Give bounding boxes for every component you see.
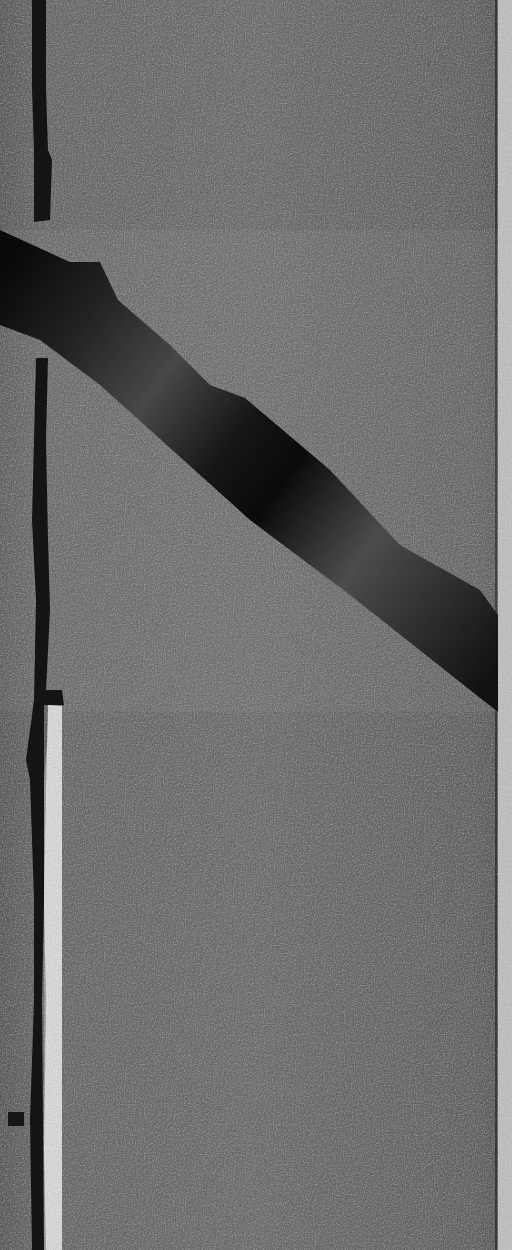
lane-marking — [44, 705, 62, 1250]
shoulder-edge — [498, 0, 512, 1250]
crack-seal-blob — [8, 1112, 24, 1126]
pavement-scan — [0, 0, 512, 1250]
